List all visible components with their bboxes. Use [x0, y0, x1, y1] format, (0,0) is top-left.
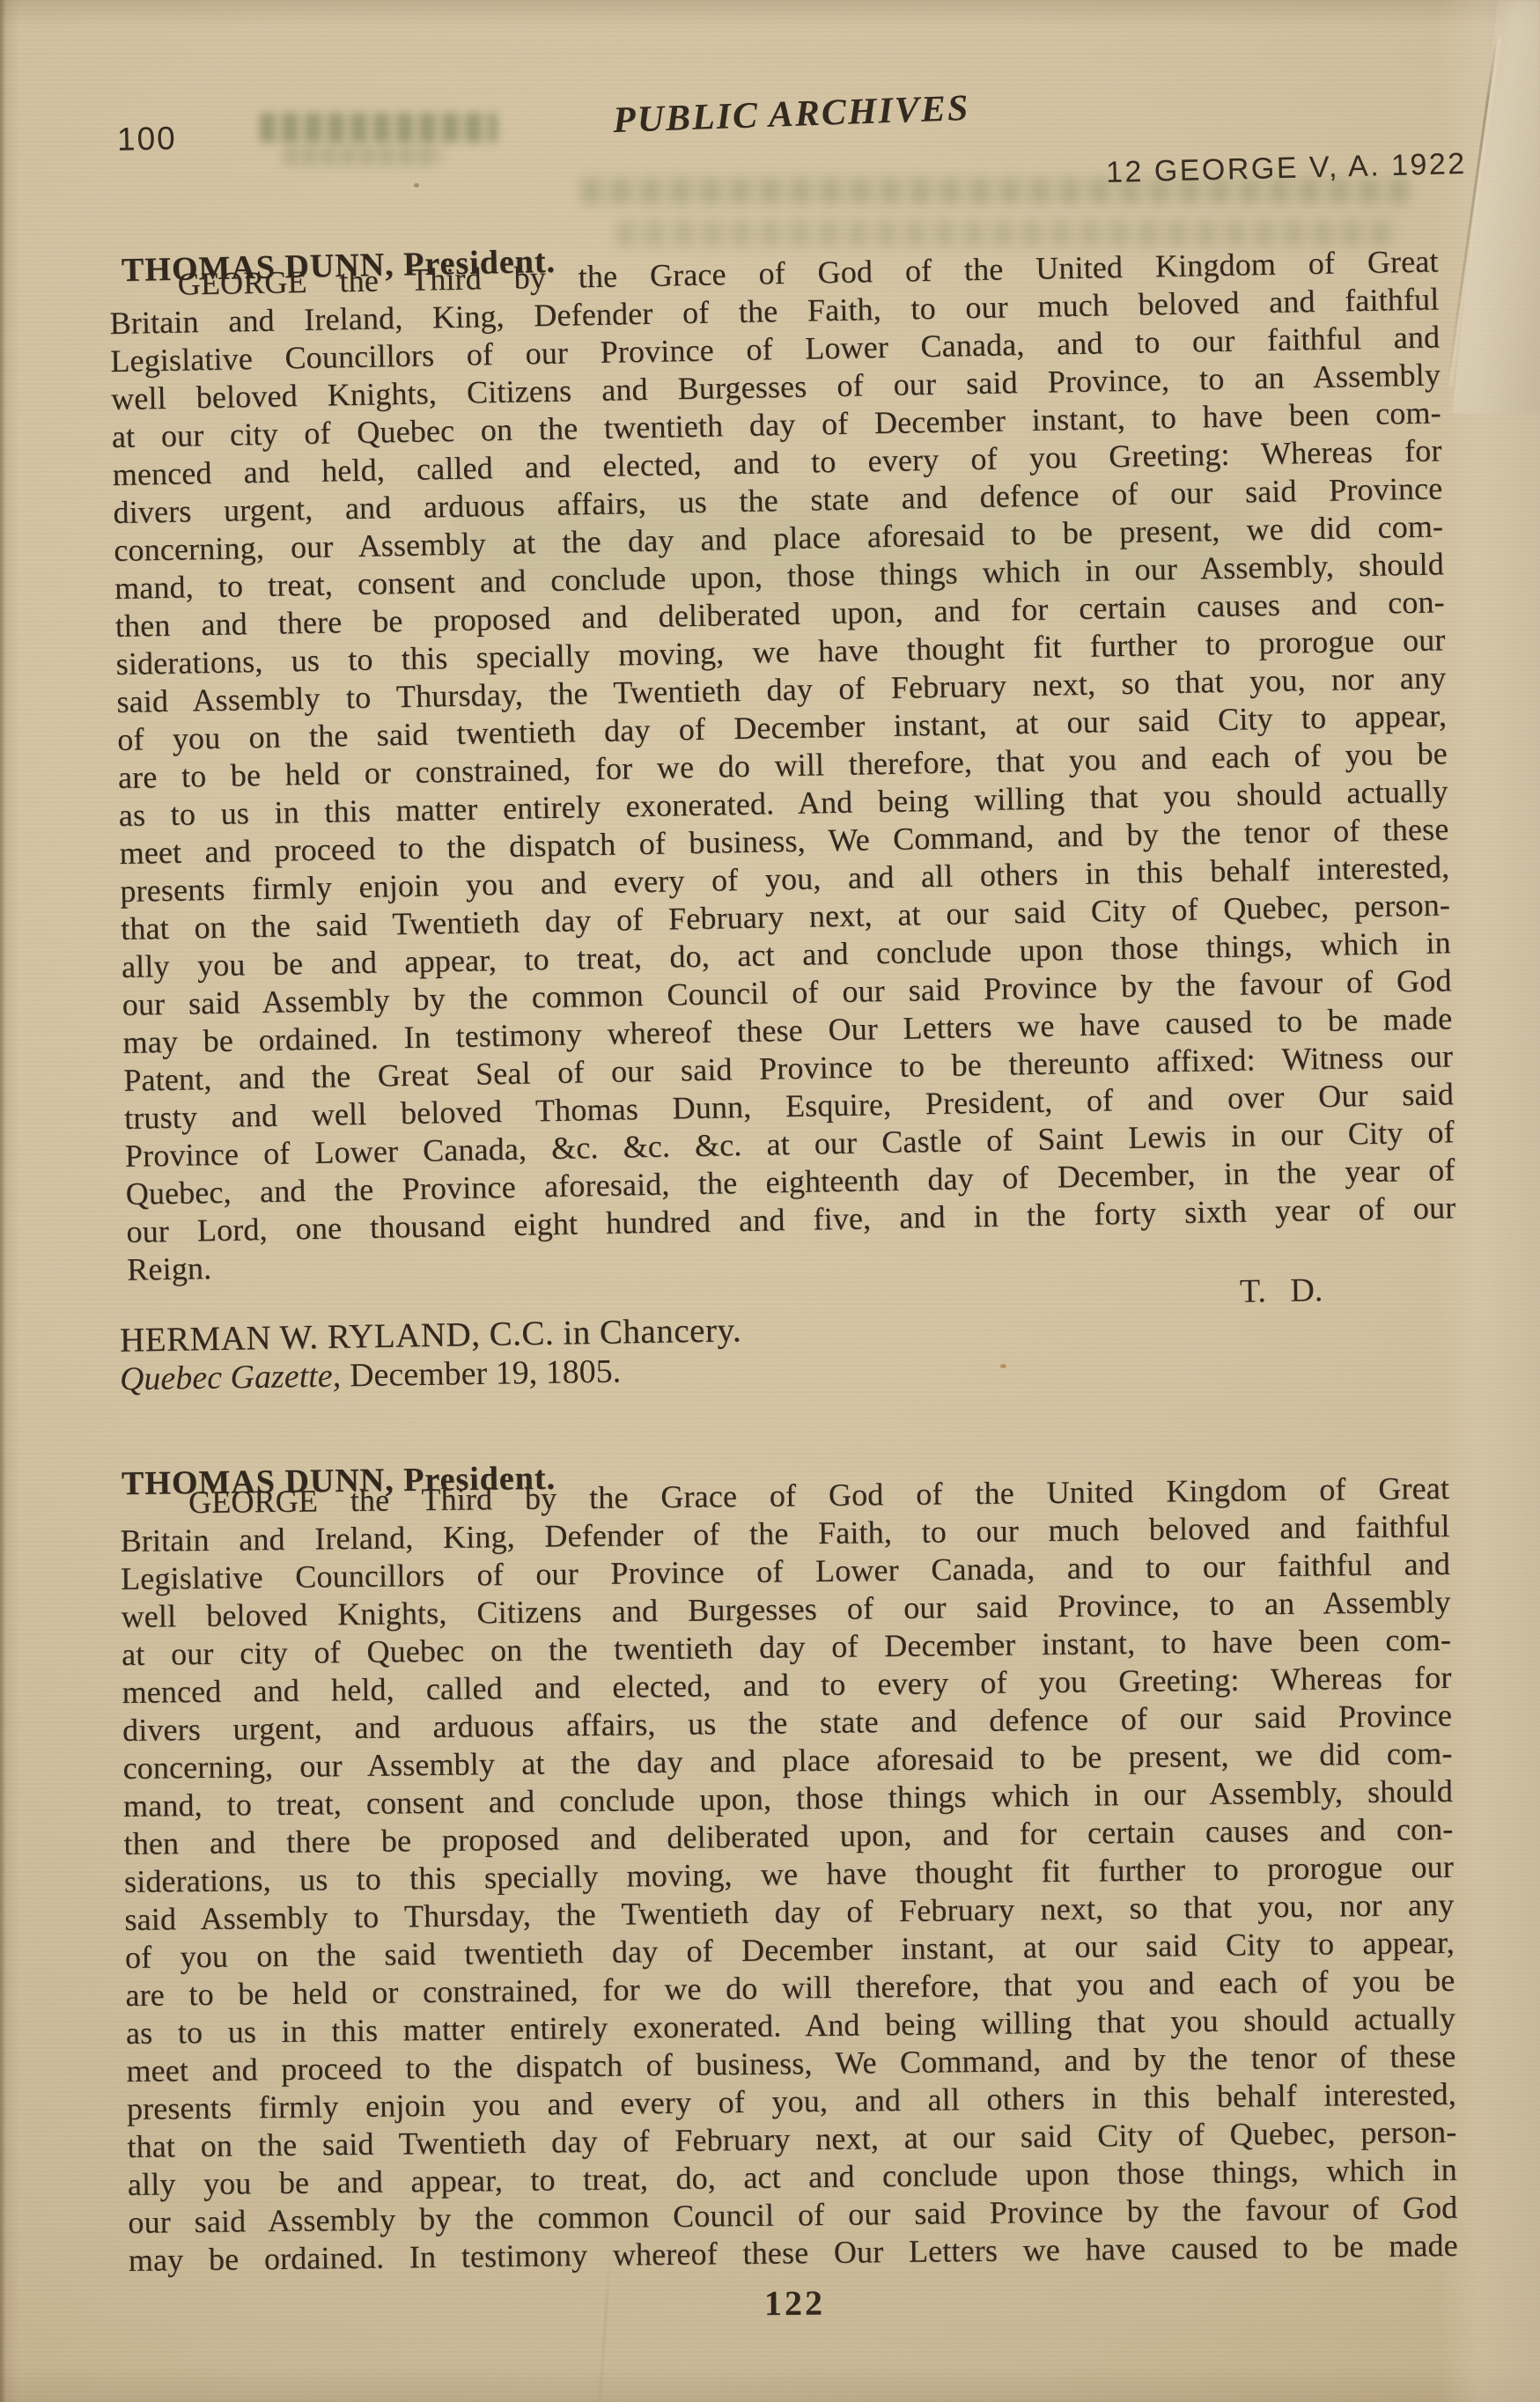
page-number-top: 100 [117, 120, 178, 158]
bleed-through-artifact [616, 220, 1400, 247]
running-header: PUBLIC ARCHIVES [612, 87, 970, 142]
paper-speck [1000, 1364, 1006, 1368]
proclamation-body: GEORGE the Third by the Grace of God of … [120, 1470, 1458, 2280]
session-header: 12 GEORGE V, A. 1922 [1106, 147, 1468, 190]
page-number-bottom: 122 [764, 2282, 825, 2324]
source-title: Quebec Gazette, [120, 1358, 342, 1398]
source-citation: Quebec Gazette,December 19, 1805. [120, 1352, 622, 1399]
page-crease [1446, 37, 1498, 387]
bleed-through-artifact [260, 113, 497, 143]
scanned-book-page: 100 PUBLIC ARCHIVES 12 GEORGE V, A. 1922… [0, 0, 1540, 2402]
proclamation-body: GEORGE the Third by the Grace of God of … [108, 242, 1456, 1288]
attestation-line: HERMAN W. RYLAND, C.C. in Chancery. [120, 1310, 742, 1360]
signature-initials: T. D. [1240, 1271, 1323, 1311]
paper-speck [414, 183, 419, 188]
bleed-through-artifact [284, 146, 442, 166]
page-corner-curl [1452, 0, 1540, 414]
source-date: December 19, 1805. [350, 1353, 622, 1395]
